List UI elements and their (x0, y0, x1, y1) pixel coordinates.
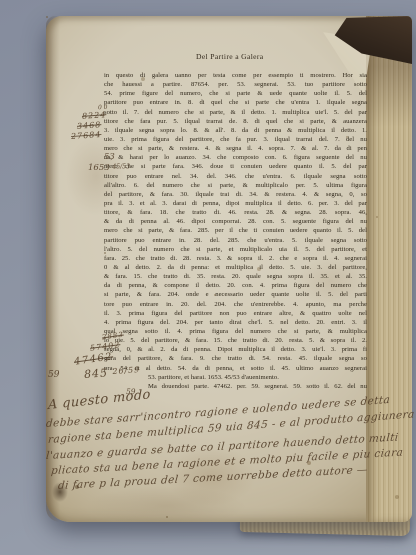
printed-line: del partitore, & fara. 30. ilquale trai … (104, 190, 367, 199)
printed-line: 54. prime figure del numero, che si part… (104, 89, 367, 98)
printed-line: si parte, & fara. 204. onde e necessario… (104, 290, 367, 299)
remainder-fraction: 26/59 (112, 365, 140, 376)
quotient: 845 (84, 366, 109, 381)
printed-line: qual segna sotto il. 4. prima figura del… (104, 327, 367, 336)
printed-line: mero che si parte, & fara. 285. per il c… (104, 226, 367, 235)
margin-working-lower-divisor: 59 (48, 370, 59, 380)
printed-line: 4. prima figura del. 204. per tanto dira… (104, 318, 367, 327)
running-header: Del Partire a Galera (196, 52, 264, 61)
printed-line: mero che si parte, & restera. 4. & segna… (104, 144, 367, 153)
margin-working-upper-row: 27684 (71, 130, 102, 141)
stain (86, 486, 246, 526)
fore-edge-page-stack (366, 16, 412, 522)
printed-line: fara. 25. che tratto di. 28. resta. 3. &… (104, 254, 367, 263)
printed-line: da di penna, & compone il detto. 20. con… (104, 281, 367, 290)
printed-line: 0 & al detto. 2. da di penna: et multipl… (104, 263, 367, 272)
printed-line: il. 3. prima figura del partitore non pu… (104, 309, 367, 318)
printed-line: & fara. 15. che tratto di. 35. resta. 20… (104, 272, 367, 281)
printed-line: partitore puo entrare in. 28. del. 285. … (104, 236, 367, 245)
quotient: 1653 (88, 163, 110, 173)
margin-working-upper-result: 1653 45/53 (88, 163, 130, 173)
printed-line: pra il. 3. et al. 3. darai di penna, dip… (104, 199, 367, 208)
printed-line: in questo di galera uanno per testa come… (104, 71, 367, 80)
printed-line: tore puo entrare in. 20. del. 204. che u… (104, 300, 367, 309)
margin-working-upper-row: 8224 (82, 110, 107, 121)
printed-line: all'altro. 6. del numero che si parte, &… (104, 181, 367, 190)
printed-line: na, & harai per lo auanzo. 34. che compo… (104, 153, 367, 162)
printed-line: & da di penna al. 46. dipoi comporrai. 2… (104, 217, 367, 226)
book-page: Del Partire a Galera in questo di galera… (46, 16, 412, 522)
printed-line-result: 53. partitore, et harai. 1653. 45/53 d'a… (104, 373, 367, 382)
remainder-fraction: 45/53 (112, 163, 130, 170)
printed-line: segna, 0, & al. 2. da di penna. Dipoi mu… (104, 345, 367, 354)
printed-line: gura del partitore, & fara. 9. che tratt… (104, 354, 367, 363)
printed-line: 3. ilquale segna sopra lo. 8. & all'. 8.… (104, 126, 367, 135)
printed-line: partitore puo entrare in. 8. di quel che… (104, 98, 367, 107)
handwritten-note-heading: A questo modo (48, 387, 151, 413)
photo-of-antique-book: Del Partire a Galera in questo di galera… (0, 0, 416, 555)
printed-line: sotto il. 7. del numero che si parte, & … (104, 108, 367, 117)
printed-line: titore che fara pur. 5. ilqual trarrai d… (104, 117, 367, 126)
printed-line: che hauessi a partire. 87654. per. 53. s… (104, 80, 367, 89)
margin-working-upper-divisor: 53 (104, 152, 115, 162)
printed-line: uie. 3. prima figura del partitore, che … (104, 135, 367, 144)
left-edge-shadow (46, 16, 60, 522)
printed-line: titore, & fara. 18. che tratto di. 46. r… (104, 208, 367, 217)
printed-line: l'altro. 5. del numero che si parte, et … (104, 245, 367, 254)
printed-line: titore puo entrare nel. 34. del. 346. ch… (104, 172, 367, 181)
printed-line: lo uie. 5. del partitore, & fara. 15. ch… (104, 336, 367, 345)
printed-line: mero che si parte fara. 346. doue ti con… (104, 162, 367, 171)
paper-specks (46, 16, 48, 18)
printed-body: in questo di galera uanno per testa come… (104, 71, 367, 391)
printed-line: pra. 54. et al detto. 54. da di penna, e… (104, 364, 367, 373)
